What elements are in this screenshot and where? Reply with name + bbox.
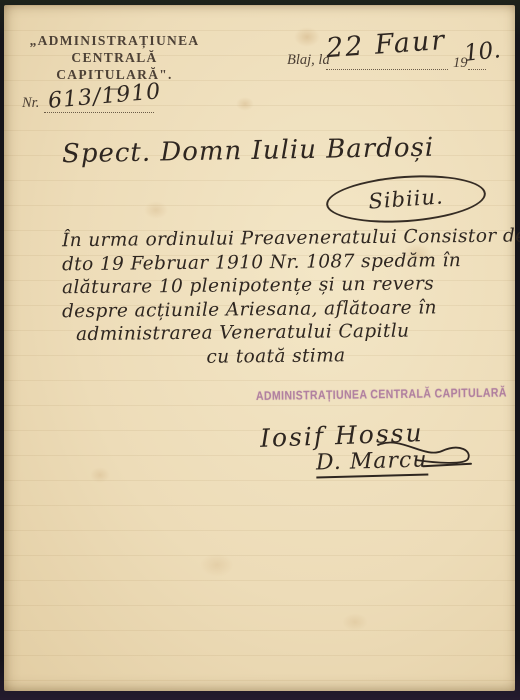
signature-d-marcu: D. Marcu [316, 448, 428, 479]
stain [342, 613, 368, 631]
stain [200, 553, 234, 577]
year-dotted-rule [468, 68, 486, 70]
letterhead-line2: CENTRALĂ CAPITULARĂ". [22, 49, 207, 83]
stain [144, 201, 168, 219]
body-closing-line: cu toată stima [62, 342, 490, 370]
stain [236, 97, 254, 111]
recipient-salutation: Spect. Domn Iuliu Bardoși [62, 133, 435, 169]
reference-label: Nr. [22, 95, 39, 112]
stain [90, 467, 110, 483]
dateline-dotted-rule [326, 68, 448, 70]
handwritten-year: 10. [463, 37, 502, 67]
letter-body: În urma ordinului Preaveneratului Consis… [62, 227, 490, 368]
dateline-place-label: Blaj, la [287, 52, 330, 69]
stain [294, 27, 320, 47]
letter-paper: „ADMINISTRAȚIUNEA CENTRALĂ CAPITULARĂ". … [4, 5, 515, 691]
handwritten-date: 22 Faur [325, 25, 447, 64]
letterhead-line1: „ADMINISTRAȚIUNEA [22, 32, 207, 49]
recipient-city: Sibiiu. [368, 184, 445, 213]
recipient-city-oval: Sibiiu. [325, 170, 488, 227]
office-ink-stamp: ADMINISTRAȚIUNEA CENTRALĂ CAPITULARĂ [256, 386, 468, 403]
